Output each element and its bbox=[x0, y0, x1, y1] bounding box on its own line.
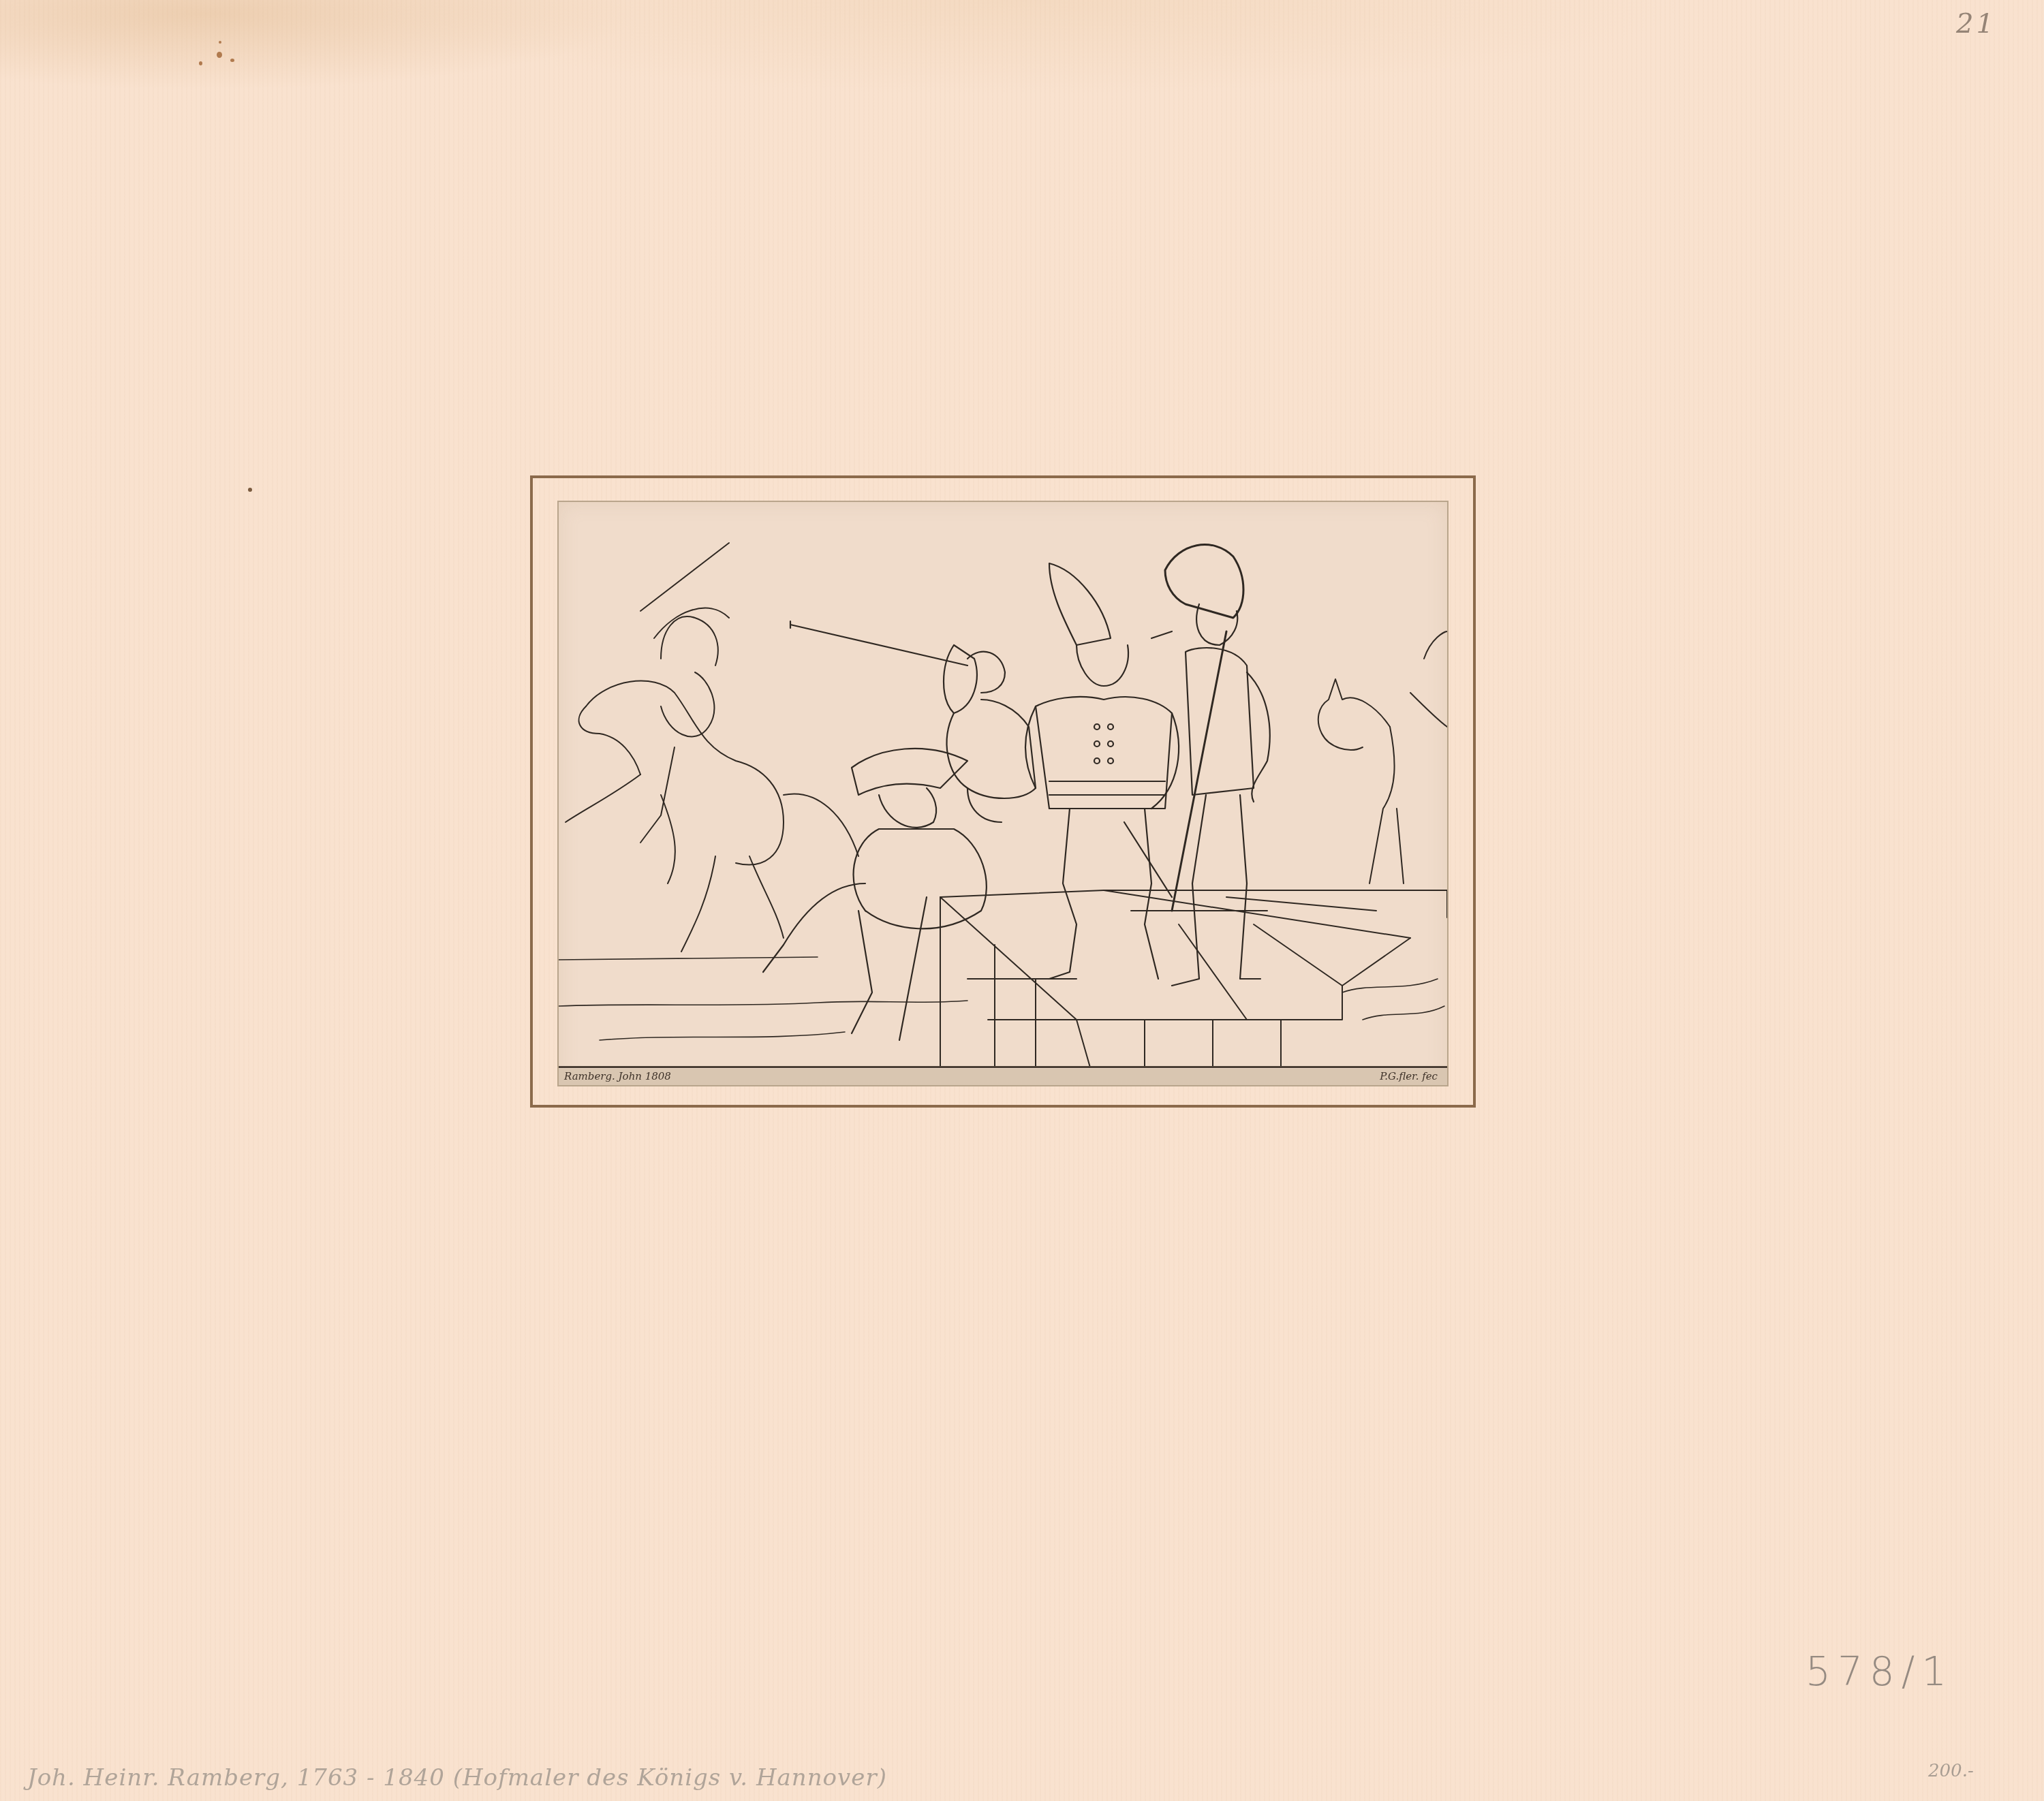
left-rider bbox=[566, 543, 858, 952]
pencil-attribution: Joh. Heinr. Ramberg, 1763 - 1840 (Hofmal… bbox=[27, 1764, 887, 1791]
inscription-designer: Ramberg. John 1808 bbox=[564, 1070, 671, 1082]
musket-soldier bbox=[790, 621, 1036, 822]
right-rider bbox=[1318, 631, 1447, 883]
pencil-inventory-number: 578/1 bbox=[1806, 1648, 1953, 1695]
grenadier bbox=[1025, 563, 1179, 979]
etching-plate: Ramberg. John 1808 P.G.fler. fec bbox=[557, 501, 1449, 1086]
etching-scene bbox=[559, 502, 1447, 1067]
stone-wall bbox=[940, 890, 1447, 1067]
foxing-spot bbox=[230, 59, 234, 62]
seated-soldier bbox=[763, 749, 987, 1040]
pencil-sheet-number: 21 bbox=[1956, 8, 1996, 40]
foxing-spot bbox=[248, 488, 252, 492]
foxing-spot bbox=[219, 41, 221, 44]
foxing-spot bbox=[199, 61, 202, 65]
inscription-engraver: P.G.fler. fec bbox=[1380, 1070, 1438, 1082]
bearskin-soldier bbox=[1151, 545, 1270, 986]
foxing-spot bbox=[217, 52, 222, 58]
plate-margin-strip bbox=[559, 1069, 1447, 1085]
ground bbox=[559, 957, 1444, 1040]
pencil-price: 200.- bbox=[1928, 1761, 1974, 1781]
